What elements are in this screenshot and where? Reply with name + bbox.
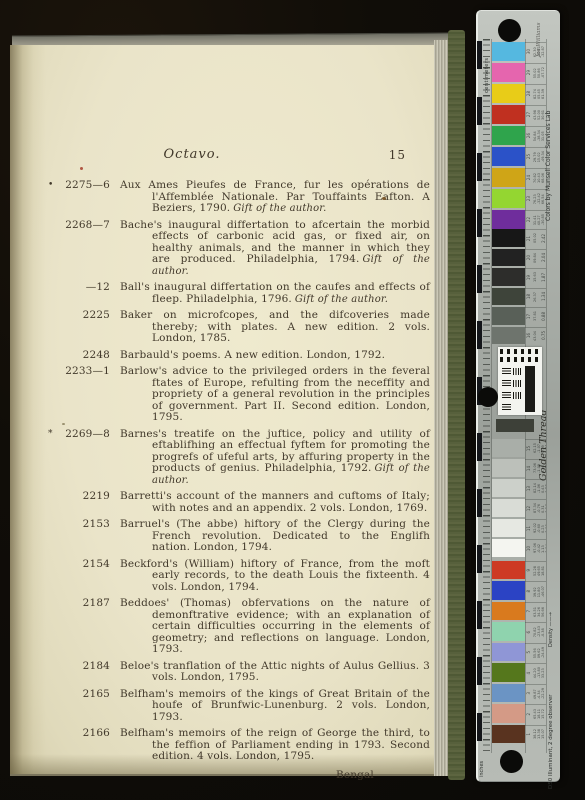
- color-patch: [492, 643, 525, 661]
- entry-number: 2187: [14, 598, 110, 610]
- ruler-patch-row: 555.56 09.62 -24.49: [492, 643, 546, 661]
- page-speck: [80, 167, 83, 170]
- patch-values: 2470.82 10.43 68.06: [525, 168, 546, 187]
- page-header: Octavo. 15: [14, 149, 430, 165]
- patch-values: 138.12 13.38 15.07: [525, 725, 546, 743]
- resolution-bars: [500, 349, 539, 354]
- centimeters-label: centimeters: [484, 23, 490, 93]
- gray-patch: [492, 539, 525, 557]
- scan-background: Octavo. 15 • 2275—6 Aux Ames Pieufes de …: [0, 0, 585, 800]
- catalog-entry: 2184 Beloe's tranflation of the Attic ni…: [14, 661, 430, 684]
- catalog-entry: 2187 Beddoes' (Thomas) obfervations on t…: [14, 598, 430, 656]
- color-patch: [492, 561, 525, 579]
- color-patch: [492, 663, 525, 681]
- gray-patch: [492, 439, 525, 457]
- resolution-bars: [513, 380, 522, 387]
- resolution-solid-bar: [525, 366, 535, 412]
- patch-section-light-grays: 1562.15 -1.07 0.190.51 1473.06 -1.09 0.3…: [492, 439, 546, 557]
- gray-patch: [492, 307, 525, 325]
- catalog-entry: * 2269—8 Barnes's treatife on the juftic…: [14, 429, 430, 487]
- ruler-patch-row: 763.51 34.26 56.66: [492, 602, 546, 620]
- catalog-entry: 2153 Barruel's (The abbe) hiftory of the…: [14, 519, 430, 554]
- gray-patch: [492, 268, 525, 286]
- entry-number: 2153: [14, 519, 110, 531]
- ruler-patch-row: 2955.02 50.86 -07.72: [492, 63, 546, 82]
- illuminant-label: D50 Illuminant, 2 degree observer: [548, 655, 554, 789]
- color-patch: [492, 42, 525, 61]
- patch-values: 2882.74 05.45 81.39: [525, 84, 546, 103]
- patch-values: 1382.14 -1.06 0.430.23: [525, 479, 546, 497]
- patch-section-dark-grays: 2105.022.42 2009.842.04 1915.631.87 18: [492, 229, 546, 344]
- catalog-entry: —12 Ball's inaugural differtation on the…: [14, 282, 430, 305]
- patch-values: 1192.02 -0.60 0.230.09: [525, 519, 546, 537]
- entry-number: 2269—8: [14, 429, 110, 441]
- density-label: Density ——→: [548, 589, 554, 647]
- color-patch: [492, 725, 525, 743]
- entry-number: 2233—1: [14, 366, 110, 378]
- page-speck: [382, 197, 386, 200]
- entry-text: Beckford's (William) hiftory of France, …: [120, 558, 430, 593]
- ruler-hole: [478, 387, 498, 407]
- ruler-patch-row: 1737.810.88: [492, 307, 546, 325]
- patch-values: 1562.15 -1.07 0.190.51: [525, 439, 546, 457]
- ruler-patch-row: 1097.06 -0.42 1.130.04: [492, 539, 546, 557]
- entry-number: 2219: [14, 491, 110, 503]
- gray-patch: [492, 249, 525, 267]
- color-patch: [492, 210, 525, 229]
- entry-text: Beddoes' (Thomas) obfervations on the na…: [120, 597, 430, 655]
- catalog-entry: 2248 Barbauld's poems. A new edition. Lo…: [14, 350, 430, 362]
- ruler-patch-row: 349.87 -4.34 -22.29: [492, 684, 546, 702]
- resolution-bars: [502, 392, 511, 399]
- resolution-bars: [513, 368, 522, 375]
- gray-patch: [492, 327, 525, 345]
- color-patch: [492, 63, 525, 82]
- gift-note: Gift of the author.: [295, 294, 388, 305]
- color-patch: [492, 704, 525, 722]
- color-patch: [492, 84, 525, 103]
- catalog-entry: 2233—1 Barlow's advice to the privileged…: [14, 366, 430, 424]
- color-patch: [492, 168, 525, 187]
- resolution-bars: [502, 368, 511, 375]
- entry-number: 2225: [14, 310, 110, 322]
- patch-values: 2529.79 15.02 -49.34: [525, 147, 546, 166]
- patch-values: 1287.34 -0.76 0.310.16: [525, 499, 546, 517]
- patch-values: 3062.30 -20.11 -32.87: [525, 42, 546, 61]
- patch-values: 1097.06 -0.42 1.130.04: [525, 539, 546, 557]
- ruler-hole: [498, 19, 521, 42]
- patch-values: 2743.98 52.00 30.61: [525, 105, 546, 124]
- patch-values: 1643.040.75: [525, 327, 546, 345]
- entry-number: 2184: [14, 661, 110, 673]
- entry-number: 2154: [14, 559, 110, 571]
- patch-values: 2231.41 40.27 -30.85: [525, 210, 546, 229]
- patch-section-top-colors: 3062.30 -20.11 -32.87 2955.02 50.86 -07.…: [492, 42, 546, 229]
- entry-text: Bache's inaugural differtation to afcert…: [120, 219, 430, 277]
- color-patch: [492, 684, 525, 702]
- color-patch: [492, 105, 525, 124]
- entry-number: —12: [14, 282, 110, 294]
- entry-text: Barlow's advice to the privileged orders…: [120, 365, 430, 423]
- patch-values: 555.56 09.62 -24.49: [525, 643, 546, 661]
- ruler-patch-row: 1287.34 -0.76 0.310.16: [492, 499, 546, 517]
- ruler-patch-row: 2743.98 52.00 30.61: [492, 105, 546, 124]
- section-title: Octavo.: [14, 149, 370, 161]
- entry-text: Belfham's memoirs of the reign of George…: [120, 727, 430, 762]
- patch-values: 1826.371.34: [525, 288, 546, 306]
- ruler-patch-row: 2105.022.42: [492, 229, 546, 247]
- ruler-patch-row: 670.82 -23.43 -0.38: [492, 622, 546, 640]
- catalog-page: Octavo. 15 • 2275—6 Aux Ames Pieufes de …: [10, 45, 434, 774]
- patch-values: 763.51 34.26 56.66: [525, 602, 546, 620]
- resolution-bars: [502, 404, 511, 411]
- catalog-entry: • 2275—6 Aux Ames Pieufes de France, fur…: [14, 180, 430, 215]
- catalog-entry: 2268—7 Bache's inaugural differtation to…: [14, 220, 430, 278]
- ruler-hole: [500, 750, 523, 773]
- entry-number: 2166: [14, 728, 110, 740]
- ruler-patch-row: 2654.84 -38.34 31.05: [492, 126, 546, 145]
- gray-patch: [492, 459, 525, 477]
- patch-values: 444.20 -13.80 33.23: [525, 663, 546, 681]
- patch-values: 2105.022.42: [525, 229, 546, 247]
- color-patch: [492, 147, 525, 166]
- ruler-patch-row: 2009.842.04: [492, 249, 546, 267]
- patch-section-bottom-colors: 952.28 49.65 18.81 839.92 11.80 -46.07 7…: [492, 561, 546, 743]
- entry-text: Barretti's account of the manners and cu…: [120, 490, 430, 514]
- color-patch: [492, 581, 525, 599]
- entry-text: Ball's inaugural differtation on the cau…: [120, 281, 430, 305]
- book-cover-cloth: [448, 30, 465, 780]
- entry-text: Baker on microfcopes, and the difcoverie…: [120, 309, 430, 344]
- gray-patch: [492, 519, 525, 537]
- resolution-l-bar: [496, 419, 534, 432]
- resolution-bars: [513, 392, 522, 399]
- ruler-patch-row: 265.43 18.11 15.72: [492, 704, 546, 722]
- entry-text: Barruel's (The abbe) hiftory of the Cler…: [120, 518, 430, 553]
- catalog-entry: 2225 Baker on microfcopes, and the difco…: [14, 310, 430, 345]
- inches-label: inches: [479, 743, 485, 777]
- ruler-patch-row: 1826.371.34: [492, 288, 546, 306]
- resolution-bars: [500, 357, 539, 362]
- patch-values: 1915.631.87: [525, 268, 546, 286]
- entry-number: 2268—7: [14, 220, 110, 232]
- ruler-patch-row: 1562.15 -1.07 0.190.51: [492, 439, 546, 457]
- patch-values: 1473.06 -1.09 0.360.36: [525, 459, 546, 477]
- patch-values: 2009.842.04: [525, 249, 546, 267]
- gift-note: Gift of the author.: [233, 203, 326, 214]
- resolution-target: [496, 347, 546, 437]
- entry-number: 2165: [14, 689, 110, 701]
- entry-text: Barbauld's poems. A new edition. London,…: [120, 349, 388, 361]
- entry-text: Barnes's treatife on the juftice, policy…: [120, 428, 430, 486]
- ruler-patch-row: 444.20 -13.80 33.23: [492, 663, 546, 681]
- patch-values: 265.43 18.11 15.72: [525, 704, 546, 722]
- color-patch: [492, 602, 525, 620]
- patch-values: 670.82 -23.43 -0.38: [525, 622, 546, 640]
- gray-patch: [492, 229, 525, 247]
- page-number: 15: [389, 150, 406, 162]
- patch-values: 1737.810.88: [525, 307, 546, 325]
- color-patch: [492, 622, 525, 640]
- patch-values: 2955.02 50.86 -07.72: [525, 63, 546, 82]
- gray-patch: [492, 479, 525, 497]
- gray-patch: [492, 288, 525, 306]
- color-patch: [492, 126, 525, 145]
- catalog-entry: 2165 Belfham's memoirs of the kings of G…: [14, 689, 430, 724]
- ruler-patch-row: 1643.040.75: [492, 327, 546, 345]
- gray-patch: [492, 499, 525, 517]
- ruler-patch-row: 2231.41 40.27 -30.85: [492, 210, 546, 229]
- page-speck: [62, 423, 65, 425]
- patch-values: 2376.23 -32.42 66.54: [525, 189, 546, 208]
- ruler-patch-row: 1915.631.87: [492, 268, 546, 286]
- book-fore-edge: [434, 40, 448, 776]
- catchword: Bengal: [336, 770, 430, 782]
- catalog-entry: 2219 Barretti's account of the manners a…: [14, 491, 430, 514]
- ruler-patch-row: 1382.14 -1.06 0.430.23: [492, 479, 546, 497]
- munsell-credit-label: Colors by Munsell Color Services Lab: [545, 95, 552, 221]
- ruler-patch-row: 138.12 13.38 15.07: [492, 725, 546, 743]
- patch-values: 349.87 -4.34 -22.29: [525, 684, 546, 702]
- ruler-patch-row: 1473.06 -1.09 0.360.36: [492, 459, 546, 477]
- munsell-color-ruler: centimeters inches Joe Williams Colors b…: [476, 10, 560, 782]
- ruler-patch-row: 952.28 49.65 18.81: [492, 561, 546, 579]
- ruler-patch-row: 3062.30 -20.11 -32.87: [492, 42, 546, 61]
- patch-values: 952.28 49.65 18.81: [525, 561, 546, 579]
- entry-number: 2275—6: [14, 180, 110, 192]
- entry-text: Belfham's memoirs of the kings of Great …: [120, 688, 430, 723]
- page-content: Octavo. 15 • 2275—6 Aux Ames Pieufes de …: [14, 45, 430, 781]
- patch-values: 2654.84 -38.34 31.05: [525, 126, 546, 145]
- ruler-patch-row: 2376.23 -32.42 66.54: [492, 189, 546, 208]
- ruler-patch-row: 2882.74 05.45 81.39: [492, 84, 546, 103]
- resolution-target-panel: [498, 347, 542, 415]
- ruler-patch-row: 1192.02 -0.60 0.230.09: [492, 519, 546, 537]
- resolution-bars: [502, 380, 511, 387]
- ruler-patch-row: 2470.82 10.43 68.06: [492, 168, 546, 187]
- catalog-entry: 2154 Beckford's (William) hiftory of Fra…: [14, 559, 430, 594]
- color-patch: [492, 189, 525, 208]
- ruler-patch-row: 839.92 11.80 -46.07: [492, 581, 546, 599]
- catalog-entry: 2166 Belfham's memoirs of the reign of G…: [14, 728, 430, 763]
- patch-values: 839.92 11.80 -46.07: [525, 581, 546, 599]
- entry-number: 2248: [14, 350, 110, 362]
- ruler-patch-row: 2529.79 15.02 -49.34: [492, 147, 546, 166]
- entry-text: Beloe's tranflation of the Attic nights …: [120, 660, 430, 684]
